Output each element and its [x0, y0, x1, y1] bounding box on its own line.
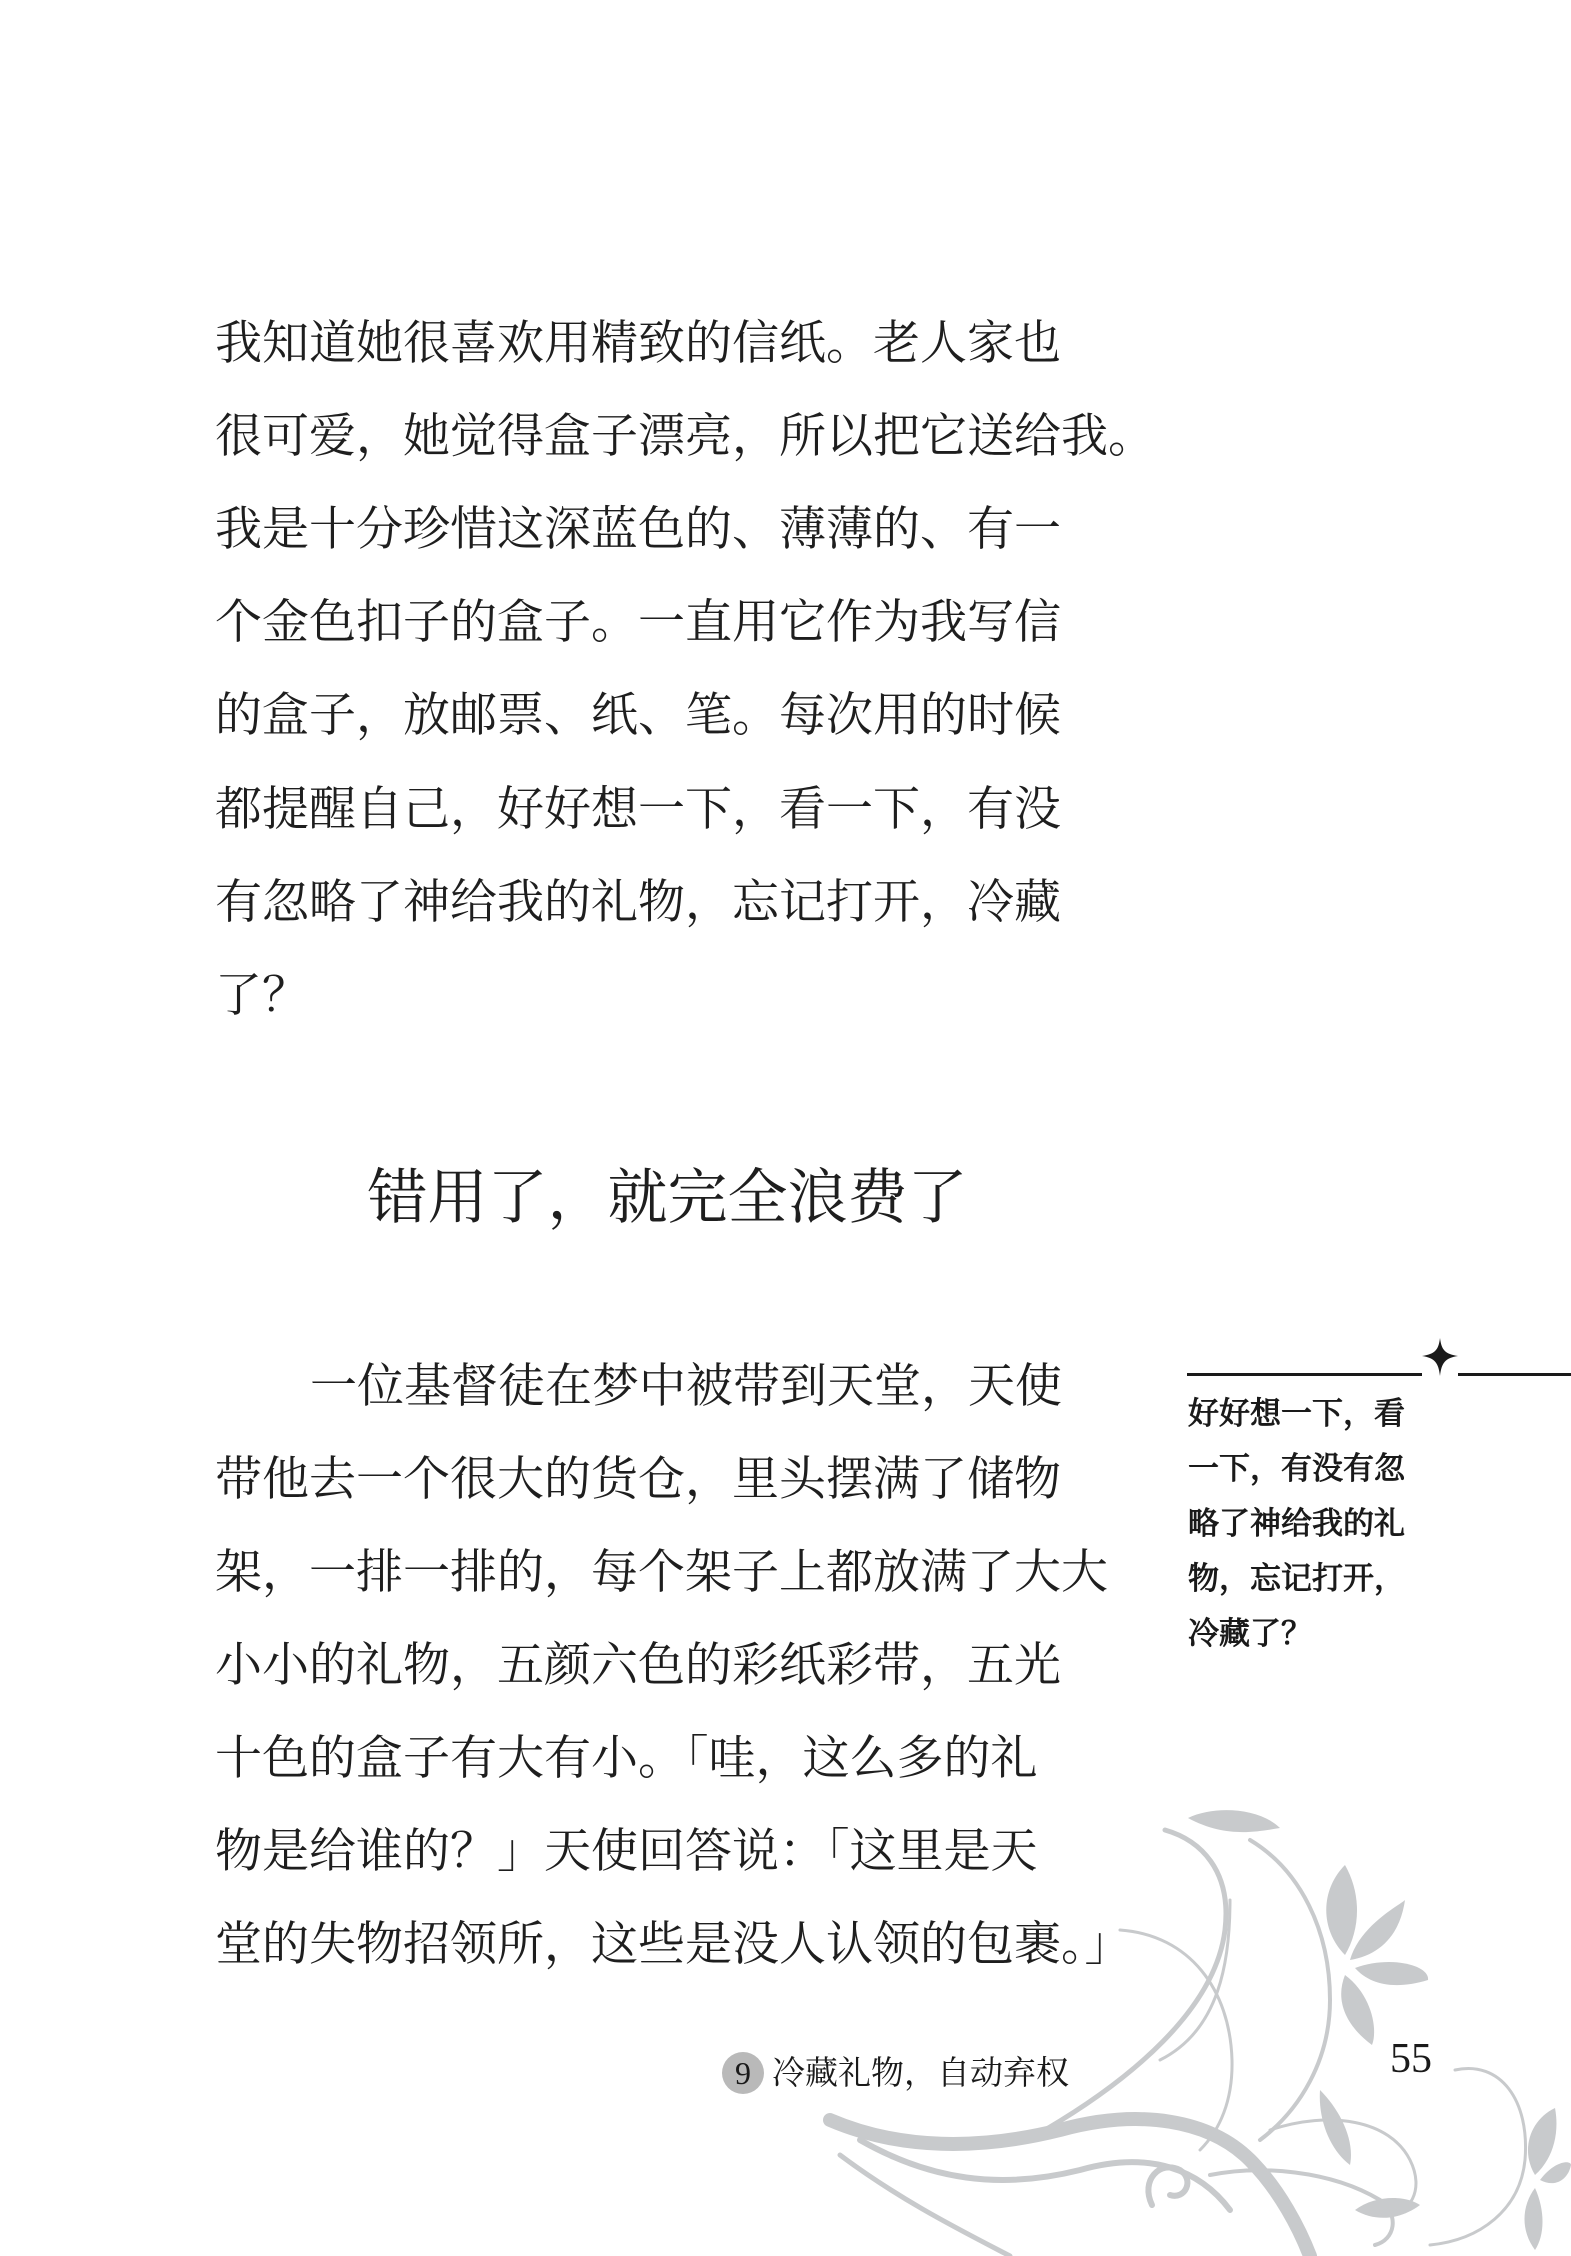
- body-line: 十色的盒子有大有小。「哇，这么多的礼: [215, 1729, 1125, 1789]
- sidenote-divider: [1187, 1373, 1422, 1376]
- body-line: 架，一排一排的，每个架子上都放满了大大: [215, 1543, 1125, 1603]
- body-line: 物是给谁的？」天使回答说：「这里是天: [215, 1822, 1125, 1882]
- sidenote-divider: [1458, 1373, 1571, 1376]
- body-line: 我知道她很喜欢用精致的信纸。老人家也: [215, 314, 1125, 374]
- book-page: 我知道她很喜欢用精致的信纸。老人家也 很可爱，她觉得盒子漂亮，所以把它送给我。 …: [0, 0, 1571, 2256]
- chapter-number-badge: 9: [722, 2052, 764, 2094]
- four-point-star-icon: [1422, 1338, 1458, 1376]
- section-heading: 错用了，就完全浪费了: [215, 1158, 1120, 1238]
- body-line: 都提醒自己，好好想一下，看一下，有没: [215, 780, 1125, 840]
- body-line: 的盒子，放邮票、纸、笔。每次用的时候: [215, 686, 1125, 746]
- running-chapter-title: 冷藏礼物，自动弃权: [772, 2049, 1069, 2097]
- body-line: 带他去一个很大的货仓，里头摆满了储物: [215, 1450, 1125, 1510]
- body-line: 有忽略了神给我的礼物，忘记打开，冷藏: [215, 873, 1125, 933]
- body-line: 了？: [215, 966, 1125, 1026]
- sidenote-line: 略了神给我的礼: [1188, 1499, 1405, 1549]
- sidenote-line: 物，忘记打开，: [1188, 1554, 1405, 1604]
- body-line: 我是十分珍惜这深蓝色的、薄薄的、有一: [215, 500, 1125, 560]
- body-line: 很可爱，她觉得盒子漂亮，所以把它送给我。: [215, 407, 1125, 467]
- body-line: 堂的失物招领所，这些是没人认领的包裹。」: [215, 1915, 1125, 1975]
- sidenote-line: 好好想一下，看: [1188, 1389, 1405, 1439]
- body-line-indented: 一位基督徒在梦中被带到天堂，天使: [310, 1357, 1220, 1417]
- body-line: 小小的礼物，五颜六色的彩纸彩带，五光: [215, 1636, 1125, 1696]
- sidenote-line: 冷藏了？: [1188, 1609, 1312, 1659]
- page-number: 55: [1390, 2034, 1432, 2084]
- sidenote-line: 一下，有没有忽: [1188, 1444, 1405, 1494]
- body-line: 个金色扣子的盒子。一直用它作为我写信: [215, 593, 1125, 653]
